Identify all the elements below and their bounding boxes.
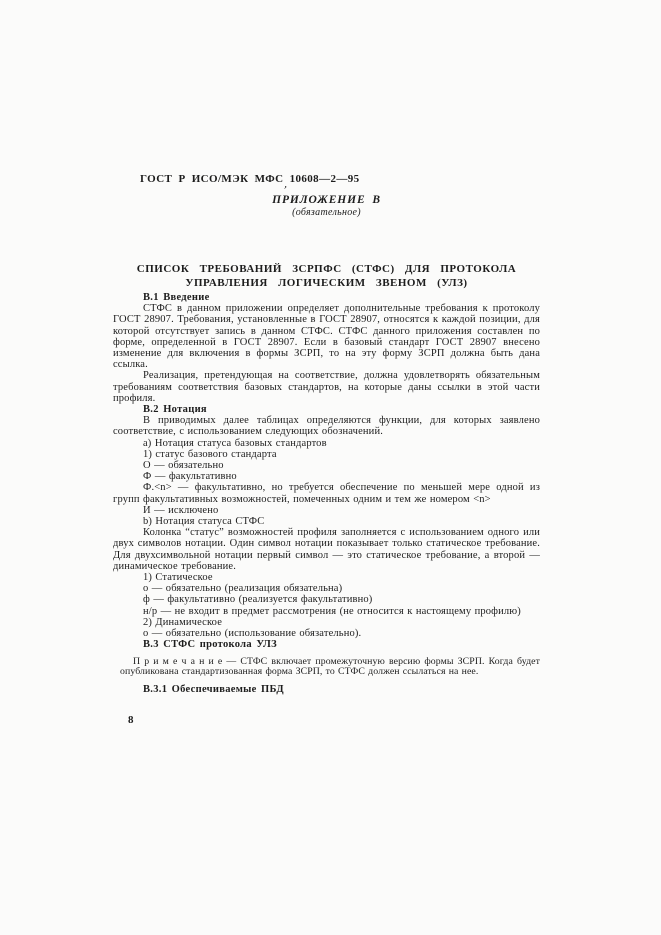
section-heading: В.3 СТФС протокола УЛЗ bbox=[113, 639, 540, 650]
page-number: 8 bbox=[128, 714, 134, 726]
document-page: ГОСТ Р ИСО/МЭК МФС 10608—2—95 ’ ПРИЛОЖЕН… bbox=[0, 0, 661, 935]
document-title: СПИСОК ТРЕБОВАНИЙ ЗСРПФС (СТФС) ДЛЯ ПРОТ… bbox=[113, 263, 540, 290]
note-paragraph: П р и м е ч а н и е — СТФС включает пром… bbox=[120, 657, 540, 678]
standard-designation: ГОСТ Р ИСО/МЭК МФС 10608—2—95 bbox=[140, 173, 360, 185]
content-blocks: В.1 ВведениеСТФС в данном приложении опр… bbox=[113, 292, 540, 696]
list-item: ф — факультативно (реализуется факультат… bbox=[113, 594, 540, 605]
paragraph: Ф.<n> — факультативно, но требуется обес… bbox=[113, 482, 540, 504]
list-item: И — исключено bbox=[113, 505, 540, 516]
list-item: н/р — не входит в предмет рассмотрения (… bbox=[113, 606, 540, 617]
document-title-line-1: СПИСОК ТРЕБОВАНИЙ ЗСРПФС (СТФС) ДЛЯ ПРОТ… bbox=[113, 263, 540, 277]
list-item: b) Нотация статуса СТФС bbox=[113, 516, 540, 527]
list-item: О — обязательно bbox=[113, 460, 540, 471]
list-item: 2) Динамическое bbox=[113, 617, 540, 628]
list-item: а) Нотация статуса базовых стандартов bbox=[113, 438, 540, 449]
list-item: 1) статус базового стандарта bbox=[113, 449, 540, 460]
section-heading: В.2 Нотация bbox=[113, 404, 540, 415]
paragraph: Реализация, претендующая на соответствие… bbox=[113, 370, 540, 404]
paragraph: Колонка “статус” возможностей профиля за… bbox=[113, 527, 540, 572]
list-item: Ф — факультативно bbox=[113, 471, 540, 482]
list-item: 1) Статическое bbox=[113, 572, 540, 583]
section-heading: В.1 Введение bbox=[113, 292, 540, 303]
paragraph: СТФС в данном приложении определяет допо… bbox=[113, 303, 540, 370]
document-title-line-2: УПРАВЛЕНИЯ ЛОГИЧЕСКИМ ЗВЕНОМ (УЛЗ) bbox=[113, 277, 540, 291]
appendix-title: ПРИЛОЖЕНИЕ В bbox=[113, 194, 540, 206]
section-heading: В.3.1 Обеспечиваемые ПБД bbox=[113, 684, 540, 695]
paragraph: В приводимых далее таблицах определяются… bbox=[113, 415, 540, 437]
list-item: о — обязательно (реализация обязательна) bbox=[113, 583, 540, 594]
appendix-subtitle: (обязательное) bbox=[113, 207, 540, 218]
list-item: о — обязательно (использование обязатель… bbox=[113, 628, 540, 639]
